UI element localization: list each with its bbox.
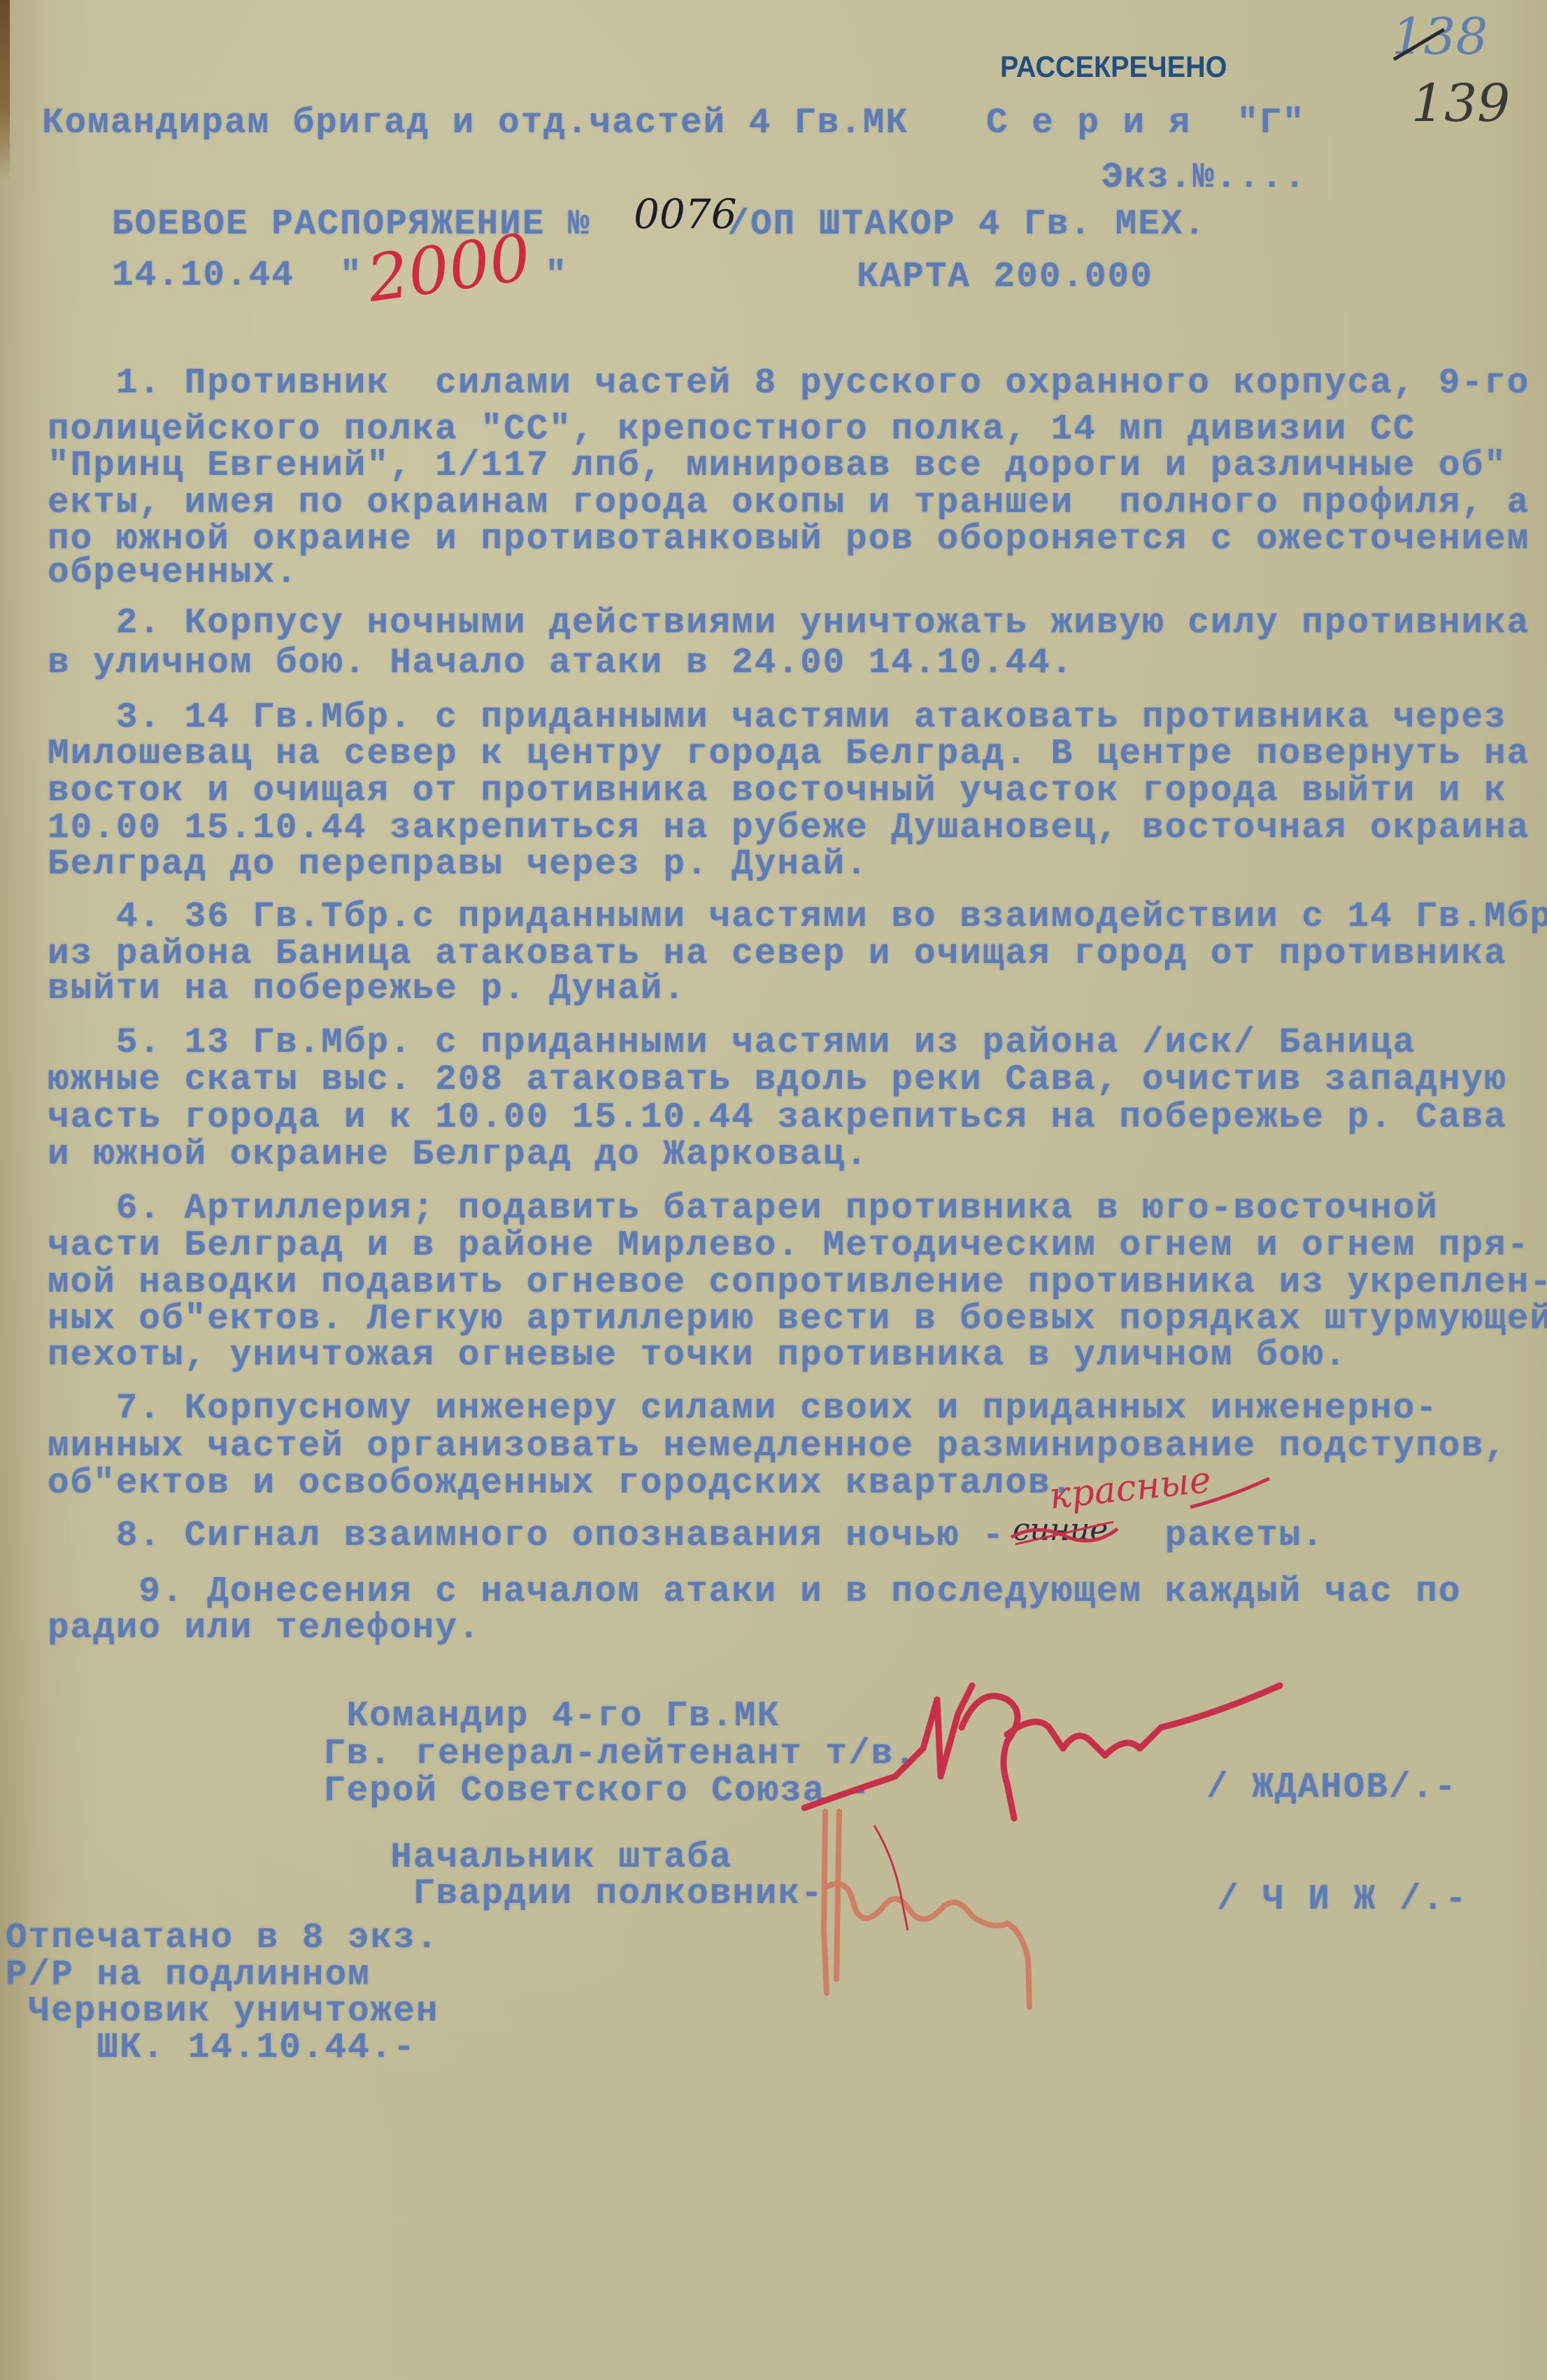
paragraph-line: в уличном бою. Начало атаки в 24.00 14.1… <box>48 638 1074 689</box>
footer-line: ШК. 14.10.44.- <box>6 2023 416 2074</box>
paragraph-line: выйти на побережье р. Дунай. <box>48 964 686 1015</box>
chief-of-staff-signature-icon <box>804 1804 1168 2028</box>
archive-page-number: 139 <box>1411 73 1510 134</box>
map-scale: КАРТА 200.000 <box>857 252 1153 303</box>
signature-line: Герой Советского Союза - <box>210 1766 871 1817</box>
declassified-stamp: РАССЕКРЕЧЕНО <box>1000 50 1227 85</box>
paragraph-line: обреченных. <box>48 548 299 599</box>
order-number-handwritten: 0076 <box>634 190 737 238</box>
page-binding-edge <box>0 0 10 182</box>
crossout-stroke-icon <box>1388 21 1451 70</box>
series-label: С е р и я "Г" <box>986 98 1305 149</box>
strikethrough-icon <box>1008 1516 1120 1547</box>
paragraph-line: радио или телефону. <box>48 1603 481 1654</box>
commander-signature-icon <box>797 1672 1301 1825</box>
paragraph-line: Белград до переправы через р. Дунай. <box>48 839 869 890</box>
paragraph-line: об"ектов и освобожденных городских кварт… <box>48 1458 1074 1509</box>
copy-number-label: Экз.№.... <box>1102 152 1306 204</box>
chief-of-staff-name: / Ч И Ж /.- <box>1217 1874 1468 1925</box>
correction-underline-stroke-icon <box>1189 1476 1273 1511</box>
paragraph-line: 1. Противник силами частей 8 русского ох… <box>48 358 1530 409</box>
paragraph-line: и южной окраине Белград до Жарковац. <box>48 1130 869 1181</box>
addressee-line: Командирам бригад и отд.частей 4 Гв.МК <box>42 98 908 149</box>
paragraph-line: пехоты, уничтожая огневые точки противни… <box>48 1330 1347 1381</box>
paragraph-line: 8. Сигнал взаимного опознавания ночью - … <box>48 1511 1325 1562</box>
